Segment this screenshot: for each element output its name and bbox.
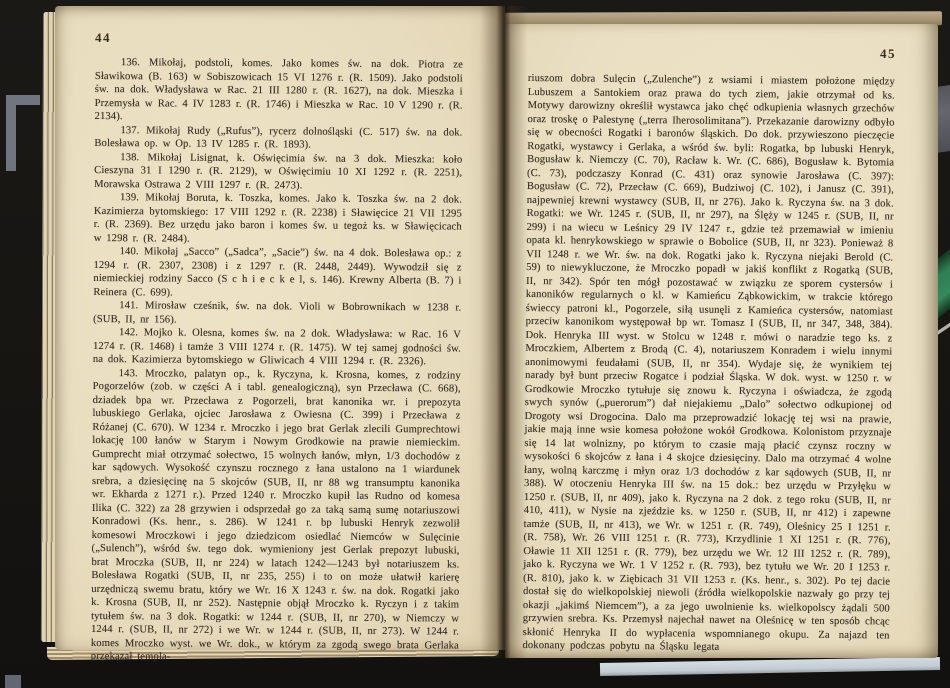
entry-138: 138. Mikołaj Lisignat, k. Oświęcimia św.… — [94, 150, 462, 193]
book-scan-photo: 44 136. Mikołaj, podstoli, komes. Jako k… — [0, 0, 950, 688]
right-page-continuation-text: riuszom dobra Sulęcin („Zulenche”) z wsi… — [522, 72, 895, 656]
book-page-left: 44 136. Mikołaj, podstoli, komes. Jako k… — [55, 6, 505, 650]
entry-143: 143. Mroczko, palatyn op., k. Ryczyna, k… — [91, 366, 461, 666]
page-number-right: 45 — [880, 46, 896, 62]
right-page-bottom-edge — [600, 657, 940, 676]
entry-142: 142. Mojko k. Olesna, komes św. na 2 dok… — [93, 326, 461, 369]
left-page-surface: 44 136. Mikołaj, podstoli, komes. Jako k… — [55, 6, 505, 650]
book-page-right: 45 riuszom dobra Sulęcin („Zulenche”) z … — [505, 24, 938, 658]
left-page-text-column: 136. Mikołaj, podstoli, komes. Jako kome… — [91, 56, 463, 666]
entry-137: 137. Mikołaj Rudy („Rufus”), rycerz doln… — [94, 123, 462, 153]
open-book: 44 136. Mikołaj, podstoli, komes. Jako k… — [0, 0, 950, 688]
right-page-surface: 45 riuszom dobra Sulęcin („Zulenche”) z … — [505, 24, 938, 658]
entry-136: 136. Mikołaj, podstoli, komes. Jako kome… — [95, 56, 463, 126]
page-number-left: 44 — [95, 30, 111, 46]
entry-139: 139. Mikołaj Boruta, k. Toszka, komes. J… — [94, 191, 462, 248]
right-page-text-column: riuszom dobra Sulęcin („Zulenche”) z wsi… — [522, 72, 895, 656]
entry-141: 141. Mirosław cześnik, św. na dok. Violi… — [93, 299, 461, 329]
entry-140: 140. Mikołaj „Sacco” („Sadca”, „Sacie”) … — [93, 245, 461, 302]
